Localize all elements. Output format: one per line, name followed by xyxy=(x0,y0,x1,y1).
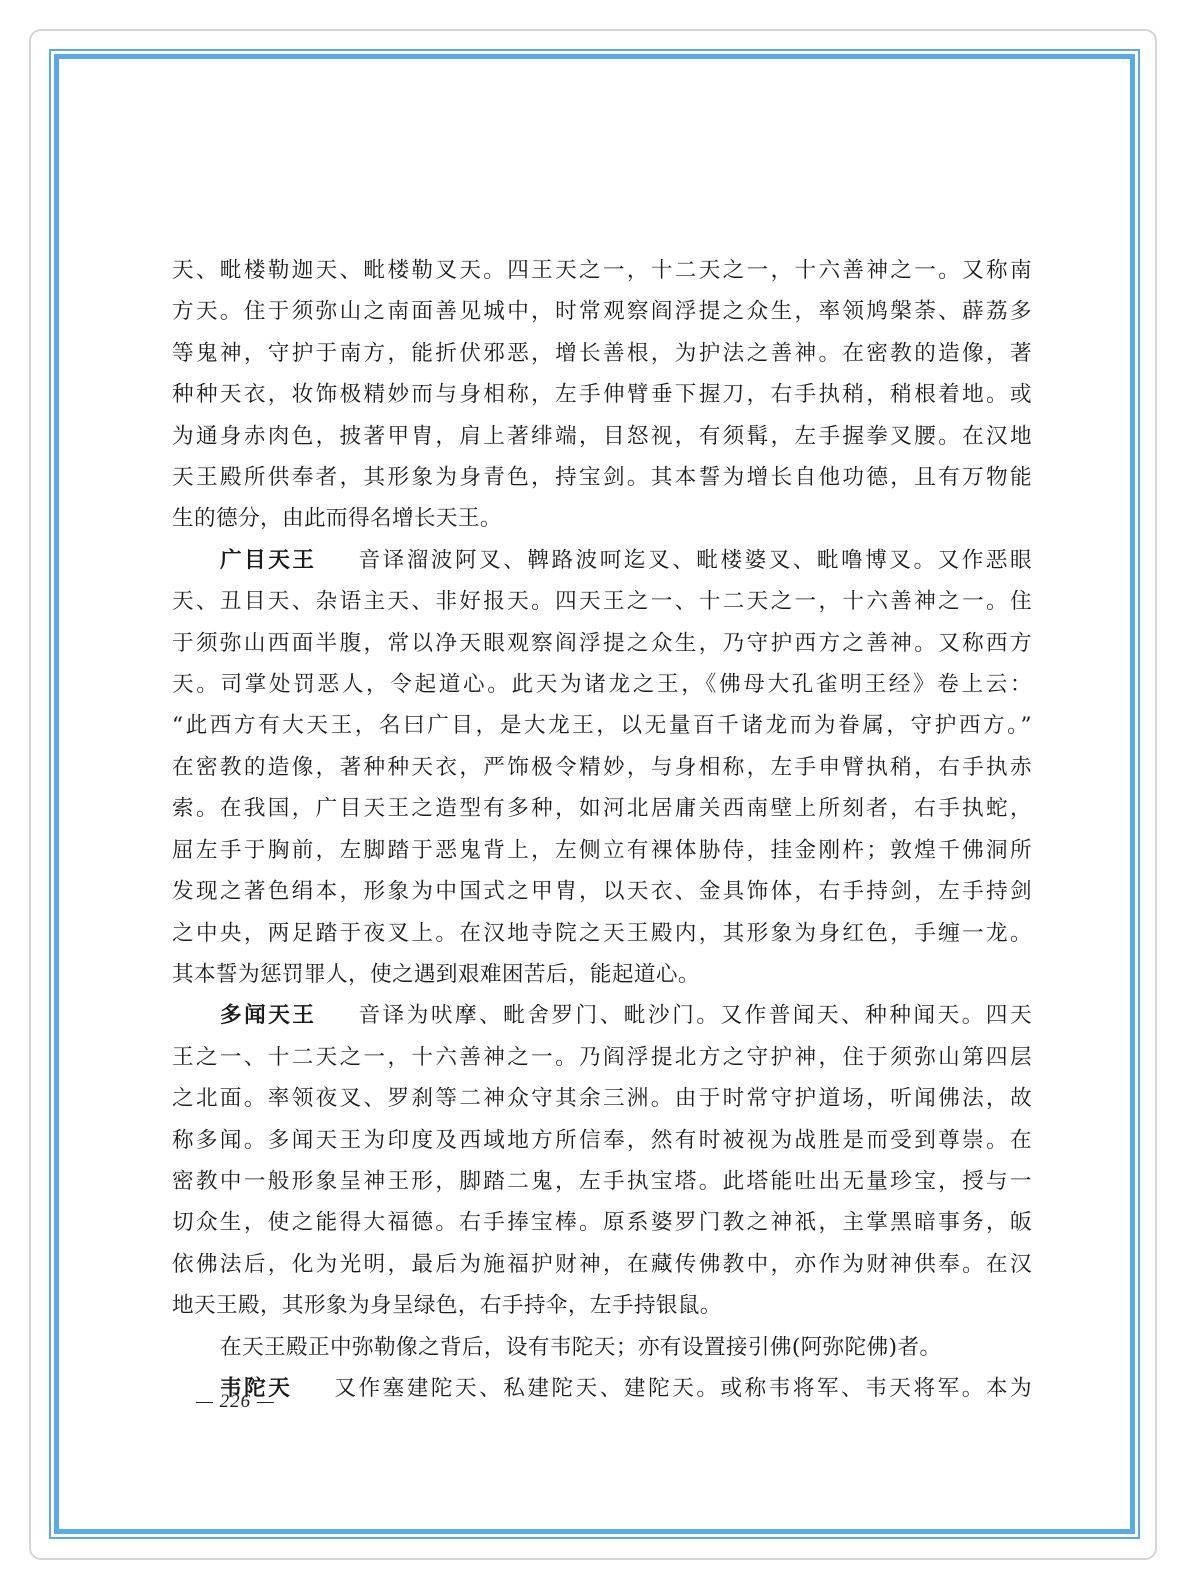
text-line: 天、毗楼勒迦天、毗楼勒叉天。四王天之一，十二天之一，十六善神之一。又称南 xyxy=(172,250,1032,291)
entry-first-line: 广目天王音译溜波阿叉、鞞路波呵迄叉、毗楼婆叉、毗噜博叉。又作恶眼 xyxy=(172,540,1032,581)
text-line: 生的德分，由此而得名增长天王。 xyxy=(172,498,1032,539)
text-line: 方天。住于须弥山之南面善见城中，时常观察阎浮提之众生，率领鸠槃荼、薜荔多 xyxy=(172,291,1032,332)
entry-first-line: 多闻天王音译为吠摩、毗舍罗门、毗沙门。又作普闻天、种种闻天。四天 xyxy=(172,995,1032,1036)
document-body: 天、毗楼勒迦天、毗楼勒叉天。四王天之一，十二天之一，十六善神之一。又称南 方天。… xyxy=(172,250,1032,1409)
text-line: 切众生，使之能得大福德。右手捧宝棒。原系婆罗门教之神祇，主掌黑暗事务，皈 xyxy=(172,1202,1032,1243)
text-line: 天。司掌处罚恶人，令起道心。此天为诸龙之王，《佛母大孔雀明王经》卷上云： xyxy=(172,664,1032,705)
text-line: 之中央，两足踏于夜叉上。在汉地寺院之天王殿内，其形象为身红色，手缠一龙。 xyxy=(172,913,1032,954)
text-line: 在天王殿正中弥勒像之背后，设有韦陀天；亦有设置接引佛(阿弥陀佛)者。 xyxy=(172,1327,1032,1368)
text-line: 又作塞建陀天、私建陀天、建陀天。或称韦将军、韦天将军。本为 xyxy=(334,1376,1032,1401)
text-line: 天王殿所供奉者，其形象为身青色，持宝剑。其本誓为增长自他功德，且有万物能 xyxy=(172,457,1032,498)
text-line: 音译溜波阿叉、鞞路波呵迄叉、毗楼婆叉、毗噜博叉。又作恶眼 xyxy=(359,548,1032,573)
text-line: 在密教的造像，著种种天衣，严饰极令精妙，与身相称，左手申臂执稍，右手执赤 xyxy=(172,747,1032,788)
text-line: 之北面。率领夜叉、罗刹等二神众守其余三洲。由于时常守护道场，听闻佛法，故 xyxy=(172,1078,1032,1119)
text-line: 依佛法后，化为光明，最后为施福护财神，在藏传佛教中，亦作为财神供奉。在汉 xyxy=(172,1244,1032,1285)
text-line: “此西方有大天王，名曰广目，是大龙王，以无量百千诸龙而为眷属，守护西方。” xyxy=(172,705,1032,746)
text-line: 王之一、十二天之一，十六善神之一。乃阎浮提北方之守护神，住于须弥山第四层 xyxy=(172,1037,1032,1078)
paragraph-zengzhang-continued: 天、毗楼勒迦天、毗楼勒叉天。四王天之一，十二天之一，十六善神之一。又称南 方天。… xyxy=(172,250,1032,540)
paragraph-weituo-tian: 韦陀天又作塞建陀天、私建陀天、建陀天。或称韦将军、韦天将军。本为 xyxy=(172,1368,1032,1409)
entry-first-line: 韦陀天又作塞建陀天、私建陀天、建陀天。或称韦将军、韦天将军。本为 xyxy=(172,1368,1032,1409)
text-line: 天、丑目天、杂语主天、非好报天。四天王之一、十二天之一，十六善神之一。住 xyxy=(172,581,1032,622)
entry-term: 多闻天王 xyxy=(220,1003,317,1028)
text-line: 音译为吠摩、毗舍罗门、毗沙门。又作普闻天、种种闻天。四天 xyxy=(359,1003,1032,1028)
text-line: 密教中一般形象呈神王形，脚踏二鬼，左手执宝塔。此塔能吐出无量珍宝，授与一 xyxy=(172,1161,1032,1202)
text-line: 为通身赤肉色，披著甲胄，肩上著绯端，目怒视，有须髯，左手握拳叉腰。在汉地 xyxy=(172,416,1032,457)
text-line: 等鬼神，守护于南方，能折伏邪恶，增长善根，为护法之善神。在密教的造像，著 xyxy=(172,333,1032,374)
text-line: 屈左手于胸前，左脚踏于恶鬼背上，左侧立有裸体胁侍，挂金刚杵；敦煌千佛洞所 xyxy=(172,830,1032,871)
page-number: — 226 — xyxy=(196,1391,275,1413)
text-line: 其本誓为惩罚罪人，使之遇到艰难困苦后，能起道心。 xyxy=(172,954,1032,995)
text-line: 索。在我国，广目天王之造型有多种，如河北居庸关西南壁上所刻者，右手执蛇， xyxy=(172,788,1032,829)
text-line: 地天王殿，其形象为身呈绿色，右手持伞，左手持银鼠。 xyxy=(172,1285,1032,1326)
paragraph-duowen-tianwang: 多闻天王音译为吠摩、毗舍罗门、毗沙门。又作普闻天、种种闻天。四天 王之一、十二天… xyxy=(172,995,1032,1326)
paragraph-weituo-intro: 在天王殿正中弥勒像之背后，设有韦陀天；亦有设置接引佛(阿弥陀佛)者。 xyxy=(172,1327,1032,1368)
entry-term: 广目天王 xyxy=(220,548,317,573)
paragraph-guangmu-tianwang: 广目天王音译溜波阿叉、鞞路波呵迄叉、毗楼婆叉、毗噜博叉。又作恶眼 天、丑目天、杂… xyxy=(172,540,1032,995)
text-line: 种种天衣，妆饰极精妙而与身相称，左手伸臂垂下握刀，右手执稍，稍根着地。或 xyxy=(172,374,1032,415)
text-line: 于须弥山西面半腹，常以净天眼观察阎浮提之众生，乃守护西方之善神。又称西方 xyxy=(172,623,1032,664)
text-line: 发现之著色绢本，形象为中国式之甲胄，以天衣、金具饰体，右手持剑，左手持剑 xyxy=(172,871,1032,912)
text-line: 称多闻。多闻天王为印度及西域地方所信奉，然有时被视为战胜是而受到尊崇。在 xyxy=(172,1120,1032,1161)
